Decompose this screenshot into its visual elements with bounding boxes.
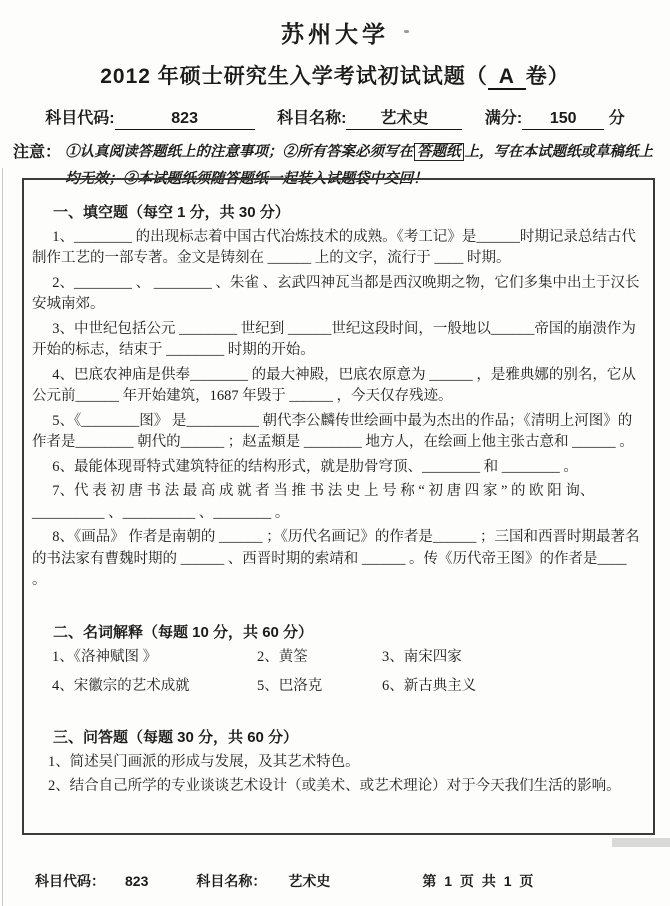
fill-item-6: 6、最能体现哥特式建筑特征的结构形式，就是肋骨穹顶、________ 和 ___… (32, 457, 641, 479)
paper-version-value: A (488, 66, 526, 90)
term-item-2: 2、黄筌 (257, 646, 382, 668)
subject-name-group: 科目名称:艺术史 (277, 110, 462, 127)
fill-item-1: 1、________ 的出现标志着中国古代冶炼技术的成熟。《考工记》是_____… (32, 227, 641, 270)
exam-paper-page: 苏州大学 2012 年硕士研究生入学考试初试试题（A卷） 科目代码:823 科目… (0, 0, 670, 906)
page-footer: 科目代码：823科目名称：艺术史第 1 页 共 1 页 (35, 871, 650, 891)
term-item-3: 3、南宋四家 (382, 646, 641, 668)
exam-title: 2012 年硕士研究生入学考试初试试题（A卷） (0, 60, 670, 90)
section-fill-heading: 一、填空题（每空 1 分，共 30 分） (32, 202, 641, 224)
subject-code-group: 科目代码:823 (45, 110, 254, 127)
full-score-value: 150 (522, 110, 604, 130)
footer-name-label: 科目名称： (196, 873, 266, 889)
notice-part1: ①认真阅读答题纸上的注意事项；②所有答案必须写在 (65, 144, 413, 160)
term-item-5: 5、巴洛克 (257, 675, 382, 697)
term-item-1: 1、《洛神赋图 》 (52, 646, 257, 668)
terms-grid: 1、《洛神赋图 》 2、黄筌 3、南宋四家 4、宋徽宗的艺术成就 5、巴洛克 6… (52, 646, 641, 697)
scan-artifact-smudge (612, 838, 670, 847)
scan-artifact-dot (404, 30, 409, 33)
subject-code-label: 科目代码: (45, 110, 114, 127)
section-terms-heading: 二、名词解释（每题 10 分，共 60 分） (32, 622, 641, 644)
fill-item-7: 7、代 表 初 唐 书 法 最 高 成 就 者 当 推 书 法 史 上 号 称 … (32, 481, 641, 524)
fill-item-2: 2、________ 、 ________ 、朱雀 、玄武四神瓦当都是西汉晚期之… (32, 273, 641, 316)
footer-page-info: 第 1 页 共 1 页 (422, 873, 535, 889)
essay-list: 1、简述吴门画派的形成与发展，及其艺术特色。 2、结合自己所学的专业谈谈艺术设计… (32, 752, 641, 798)
essay-item-1: 1、简述吴门画派的形成与发展，及其艺术特色。 (32, 752, 641, 774)
scan-artifact-line (2, 168, 3, 906)
subject-name-value: 艺术史 (346, 105, 462, 130)
fill-item-3: 3、中世纪包括公元 ________ 世纪到 ______世纪这段时间，一般地以… (32, 319, 641, 362)
subject-name-label: 科目名称: (277, 110, 346, 127)
subject-code-value: 823 (115, 110, 255, 130)
fill-item-4: 4、巴底农神庙是供奉________ 的最大神殿，巴底农原意为 ______ ，… (32, 365, 641, 408)
notice-part2: 上，写在本试题纸或草稿纸上 (465, 144, 654, 160)
fill-item-5: 5、《________图》 是__________ 朝代李公麟传世绘画中最为杰出… (32, 411, 641, 454)
footer-name-value: 艺术史 (288, 873, 330, 889)
exam-title-post: 卷） (526, 65, 570, 88)
question-area-box: 一、填空题（每空 1 分，共 30 分） 1、________ 的出现标志着中国… (22, 178, 655, 835)
footer-code-value: 823 (125, 873, 148, 889)
essay-item-2: 2、结合自己所学的专业谈谈艺术设计（或美术、或艺术理论）对于今天我们生活的影响。 (32, 776, 641, 798)
full-score-group: 满分:150 分 (485, 110, 625, 127)
full-score-label: 满分: (485, 110, 522, 127)
university-title: 苏州大学 (0, 16, 670, 49)
notice-label: 注意： (13, 139, 61, 166)
boxed-answer-sheet-term: 答题纸 (414, 143, 464, 161)
exam-title-pre: 2012 年硕士研究生入学考试初试试题（ (100, 65, 488, 88)
term-item-6: 6、新古典主义 (382, 675, 641, 697)
subject-meta-line: 科目代码:823 科目名称:艺术史 满分:150 分 (0, 105, 670, 130)
full-score-unit: 分 (609, 110, 625, 127)
term-item-4: 4、宋徽宗的艺术成就 (52, 675, 257, 697)
fill-item-8: 8、《画品》 作者是南朝的 ______ ；《历代名画记》的作者是______ … (32, 527, 641, 592)
section-essay-heading: 三、问答题（每题 30 分，共 60 分） (32, 727, 641, 749)
footer-code-label: 科目代码： (35, 873, 105, 889)
